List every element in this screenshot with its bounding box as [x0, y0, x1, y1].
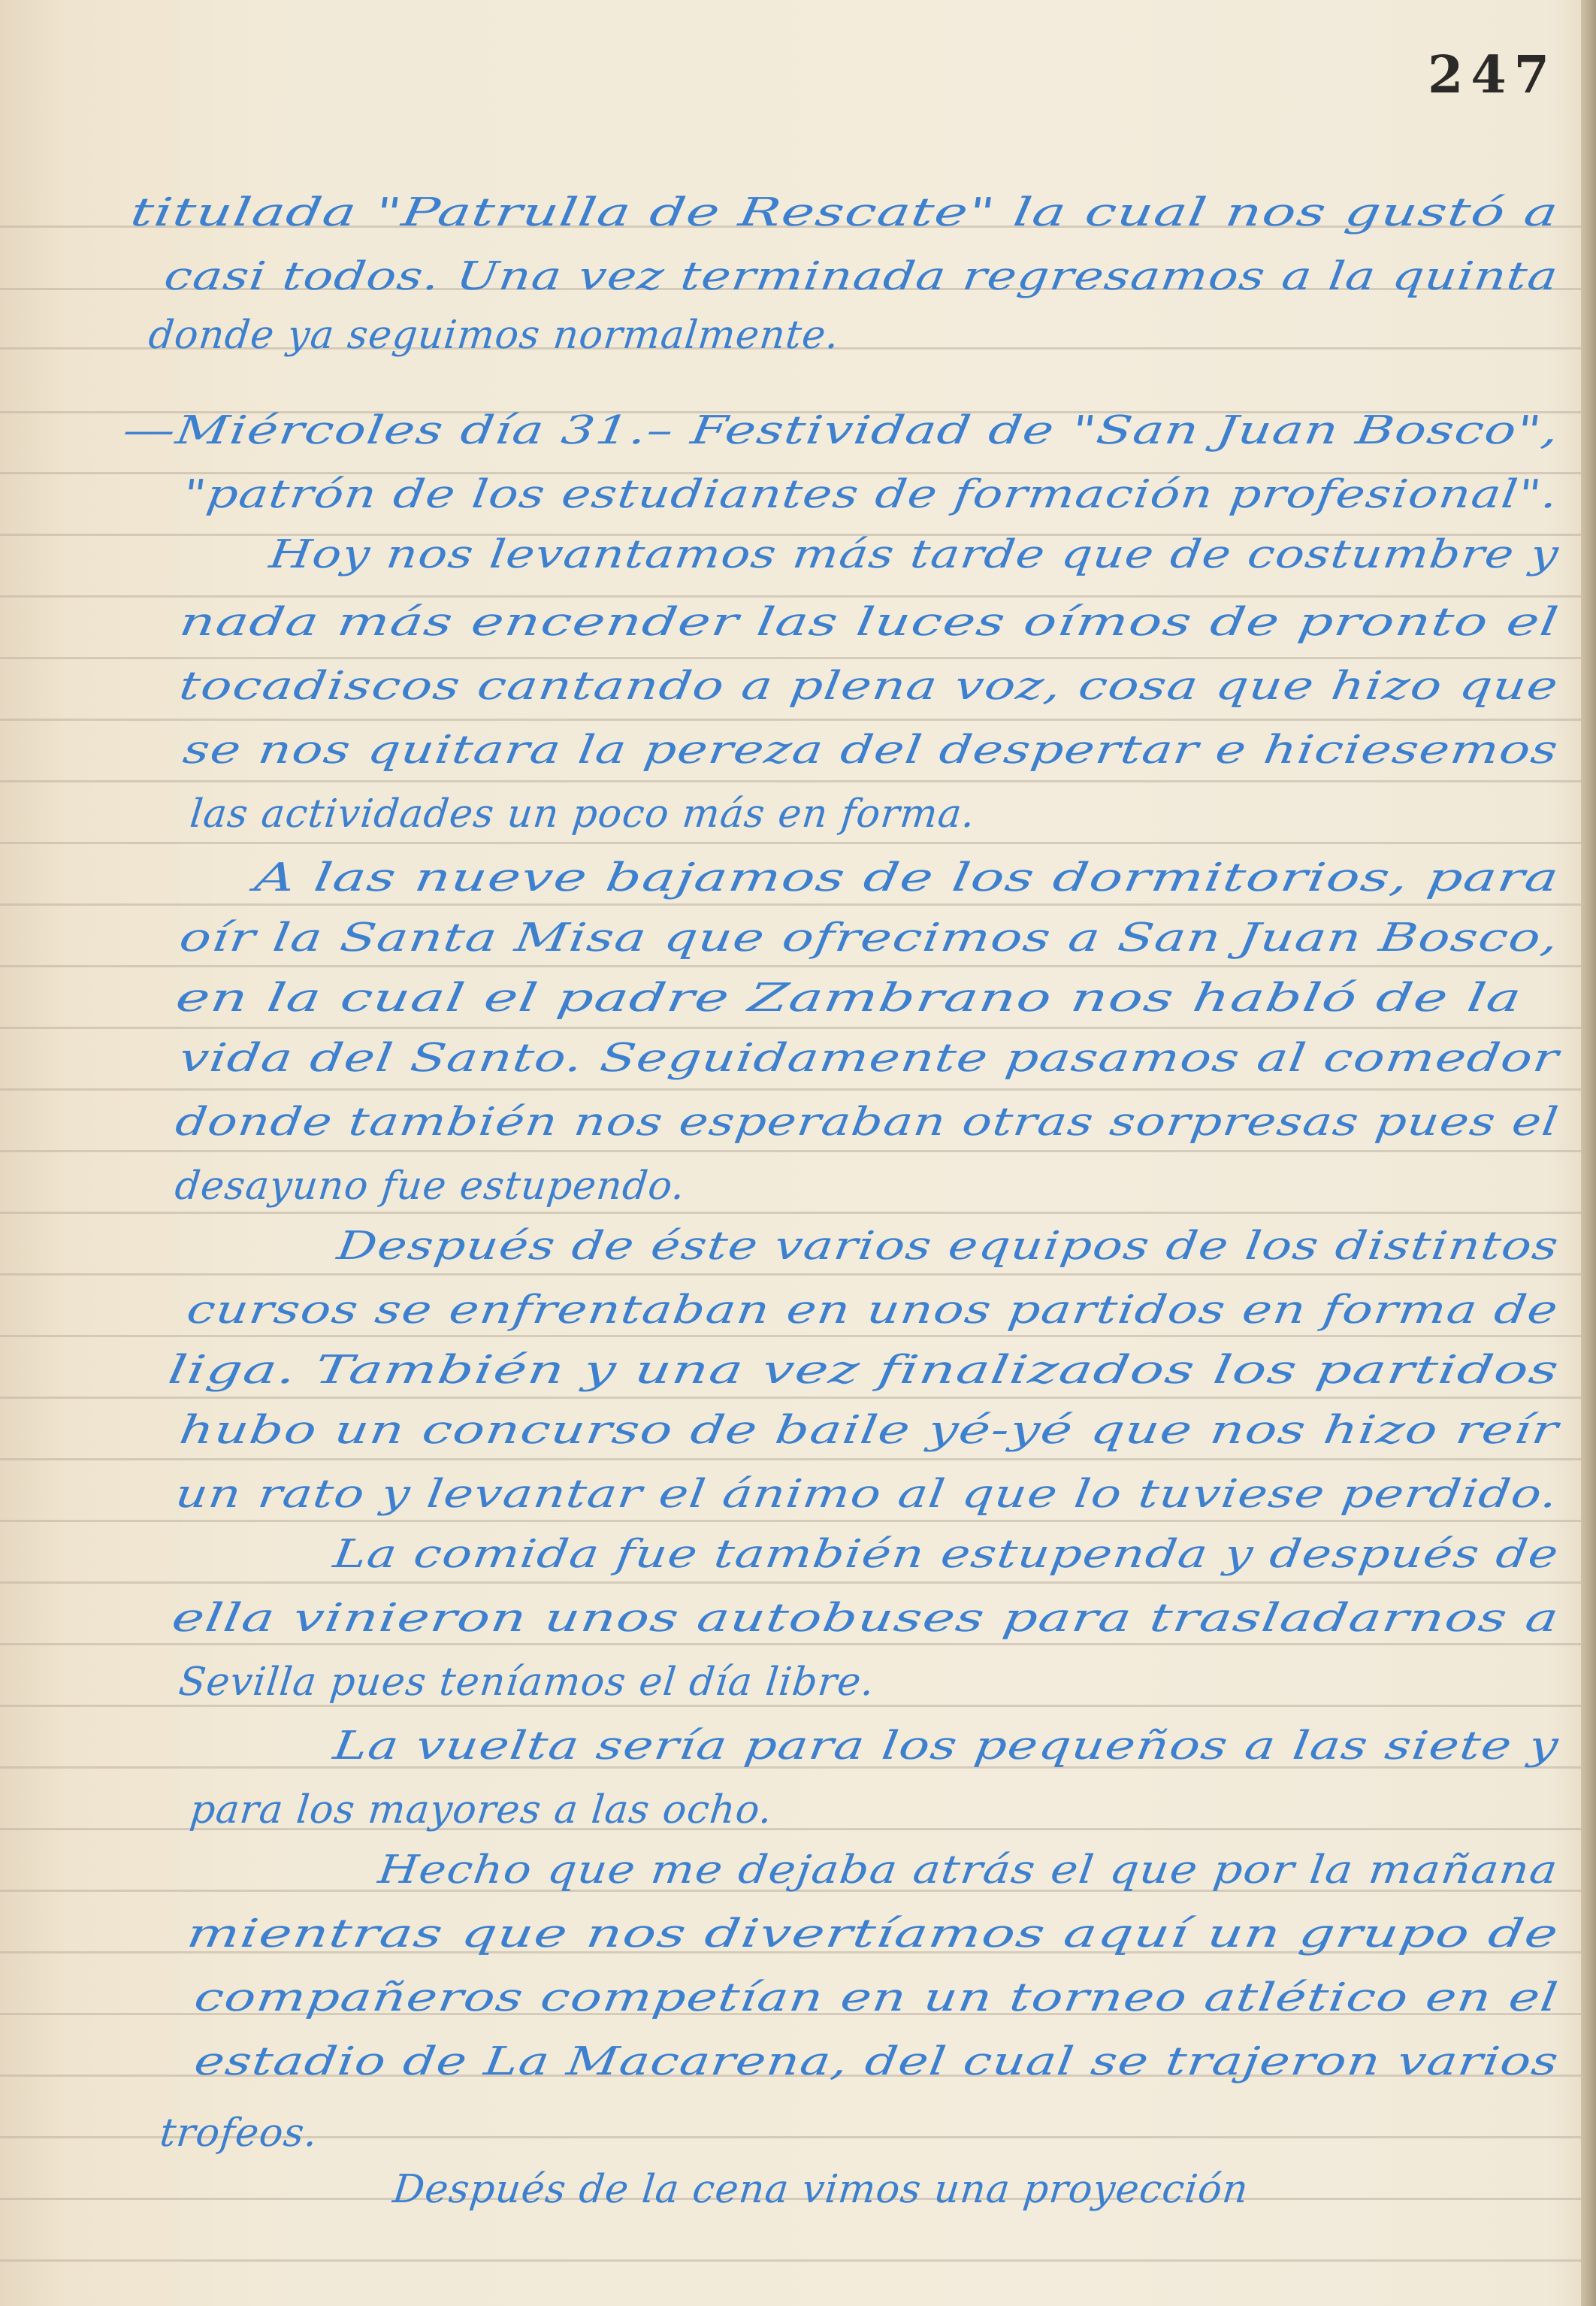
ruled-line	[0, 1520, 1581, 1522]
text-line: hubo un concurso de baile yé-yé que nos …	[177, 1408, 1561, 1453]
ruled-line	[0, 595, 1581, 598]
page-binding-edge	[1581, 0, 1596, 2306]
ruled-line	[0, 1150, 1581, 1152]
text-line: desayuno fue estupendo.	[173, 1164, 688, 1209]
ruled-line	[0, 842, 1581, 844]
text-line: "patrón de los estudiantes de formación …	[180, 472, 1561, 517]
ruled-line	[0, 965, 1581, 967]
text-line: trofeos.	[158, 2111, 320, 2156]
ruled-line	[0, 1705, 1581, 1707]
text-line: nada más encender las luces oímos de pro…	[177, 600, 1562, 645]
paragraph-start-line: La vuelta sería para los pequeños a las …	[331, 1723, 1561, 1769]
ruled-line	[0, 2259, 1581, 2262]
text-line: se nos quitara la pereza del despertar e…	[180, 728, 1561, 773]
ruled-line	[0, 780, 1581, 782]
text-line: casi todos. Una vez terminada regresamos…	[162, 254, 1561, 299]
text-line: cursos se enfrentaban en unos partidos e…	[184, 1288, 1561, 1333]
text-line: —Miércoles día 31.– Festividad de "San J…	[120, 408, 1562, 453]
text-line: vida del Santo. Seguidamente pasamos al …	[177, 1036, 1561, 1081]
text-line: un rato y levantar el ánimo al que lo tu…	[173, 1472, 1561, 1517]
ruled-line	[0, 657, 1581, 659]
text-line: para los mayores a las ocho.	[188, 1787, 775, 1832]
ruled-line	[0, 1273, 1581, 1276]
ruled-line	[0, 1027, 1581, 1029]
page-number: 247	[1428, 45, 1557, 105]
paragraph-start-line: Después de la cena vimos una proyección	[391, 2167, 1251, 2212]
ruled-line	[0, 719, 1581, 721]
ruled-line	[0, 903, 1581, 906]
ruled-line	[0, 1397, 1581, 1399]
text-line: liga. También y una vez finalizados los …	[165, 1348, 1562, 1393]
ruled-line	[0, 1581, 1581, 1584]
ruled-line	[0, 1335, 1581, 1337]
text-line: en la cual el padre Zambrano nos habló d…	[173, 976, 1525, 1021]
text-line: oír la Santa Misa que ofrecimos a San Ju…	[177, 915, 1561, 961]
paragraph-start-line: A las nueve bajamos de los dormitorios, …	[252, 855, 1562, 900]
ruled-line	[0, 1643, 1581, 1645]
text-line: las actividades un poco más en forma.	[188, 791, 978, 837]
text-line: estadio de La Macarena, del cual se traj…	[192, 2039, 1561, 2084]
paragraph-start-line: La comida fue también estupenda y despué…	[331, 1532, 1561, 1577]
paragraph-start-line: Después de éste varios equipos de los di…	[334, 1224, 1561, 1269]
text-line: titulada "Patrulla de Rescate" la cual n…	[128, 190, 1561, 235]
text-line: compañeros competían en un torneo atléti…	[192, 1975, 1561, 2020]
paragraph-start-line: Hoy nos levantamos más tarde que de cost…	[267, 532, 1561, 577]
paragraph-start-line: Hecho que me dejaba atrás el que por la …	[376, 1848, 1561, 1893]
text-line: ella vinieron unos autobuses para trasla…	[169, 1596, 1562, 1641]
text-line: Sevilla pues teníamos el día libre.	[177, 1660, 877, 1705]
text-line: tocadiscos cantando a plena voz, cosa qu…	[177, 664, 1561, 709]
text-line: mientras que nos divertíamos aquí un gru…	[184, 1911, 1561, 1956]
ruled-line	[0, 1212, 1581, 1214]
ruled-line	[0, 1458, 1581, 1460]
ruled-line	[0, 1088, 1581, 1091]
text-line: donde también nos esperaban otras sorpre…	[173, 1100, 1561, 1145]
text-line: donde ya seguimos normalmente.	[147, 313, 842, 358]
